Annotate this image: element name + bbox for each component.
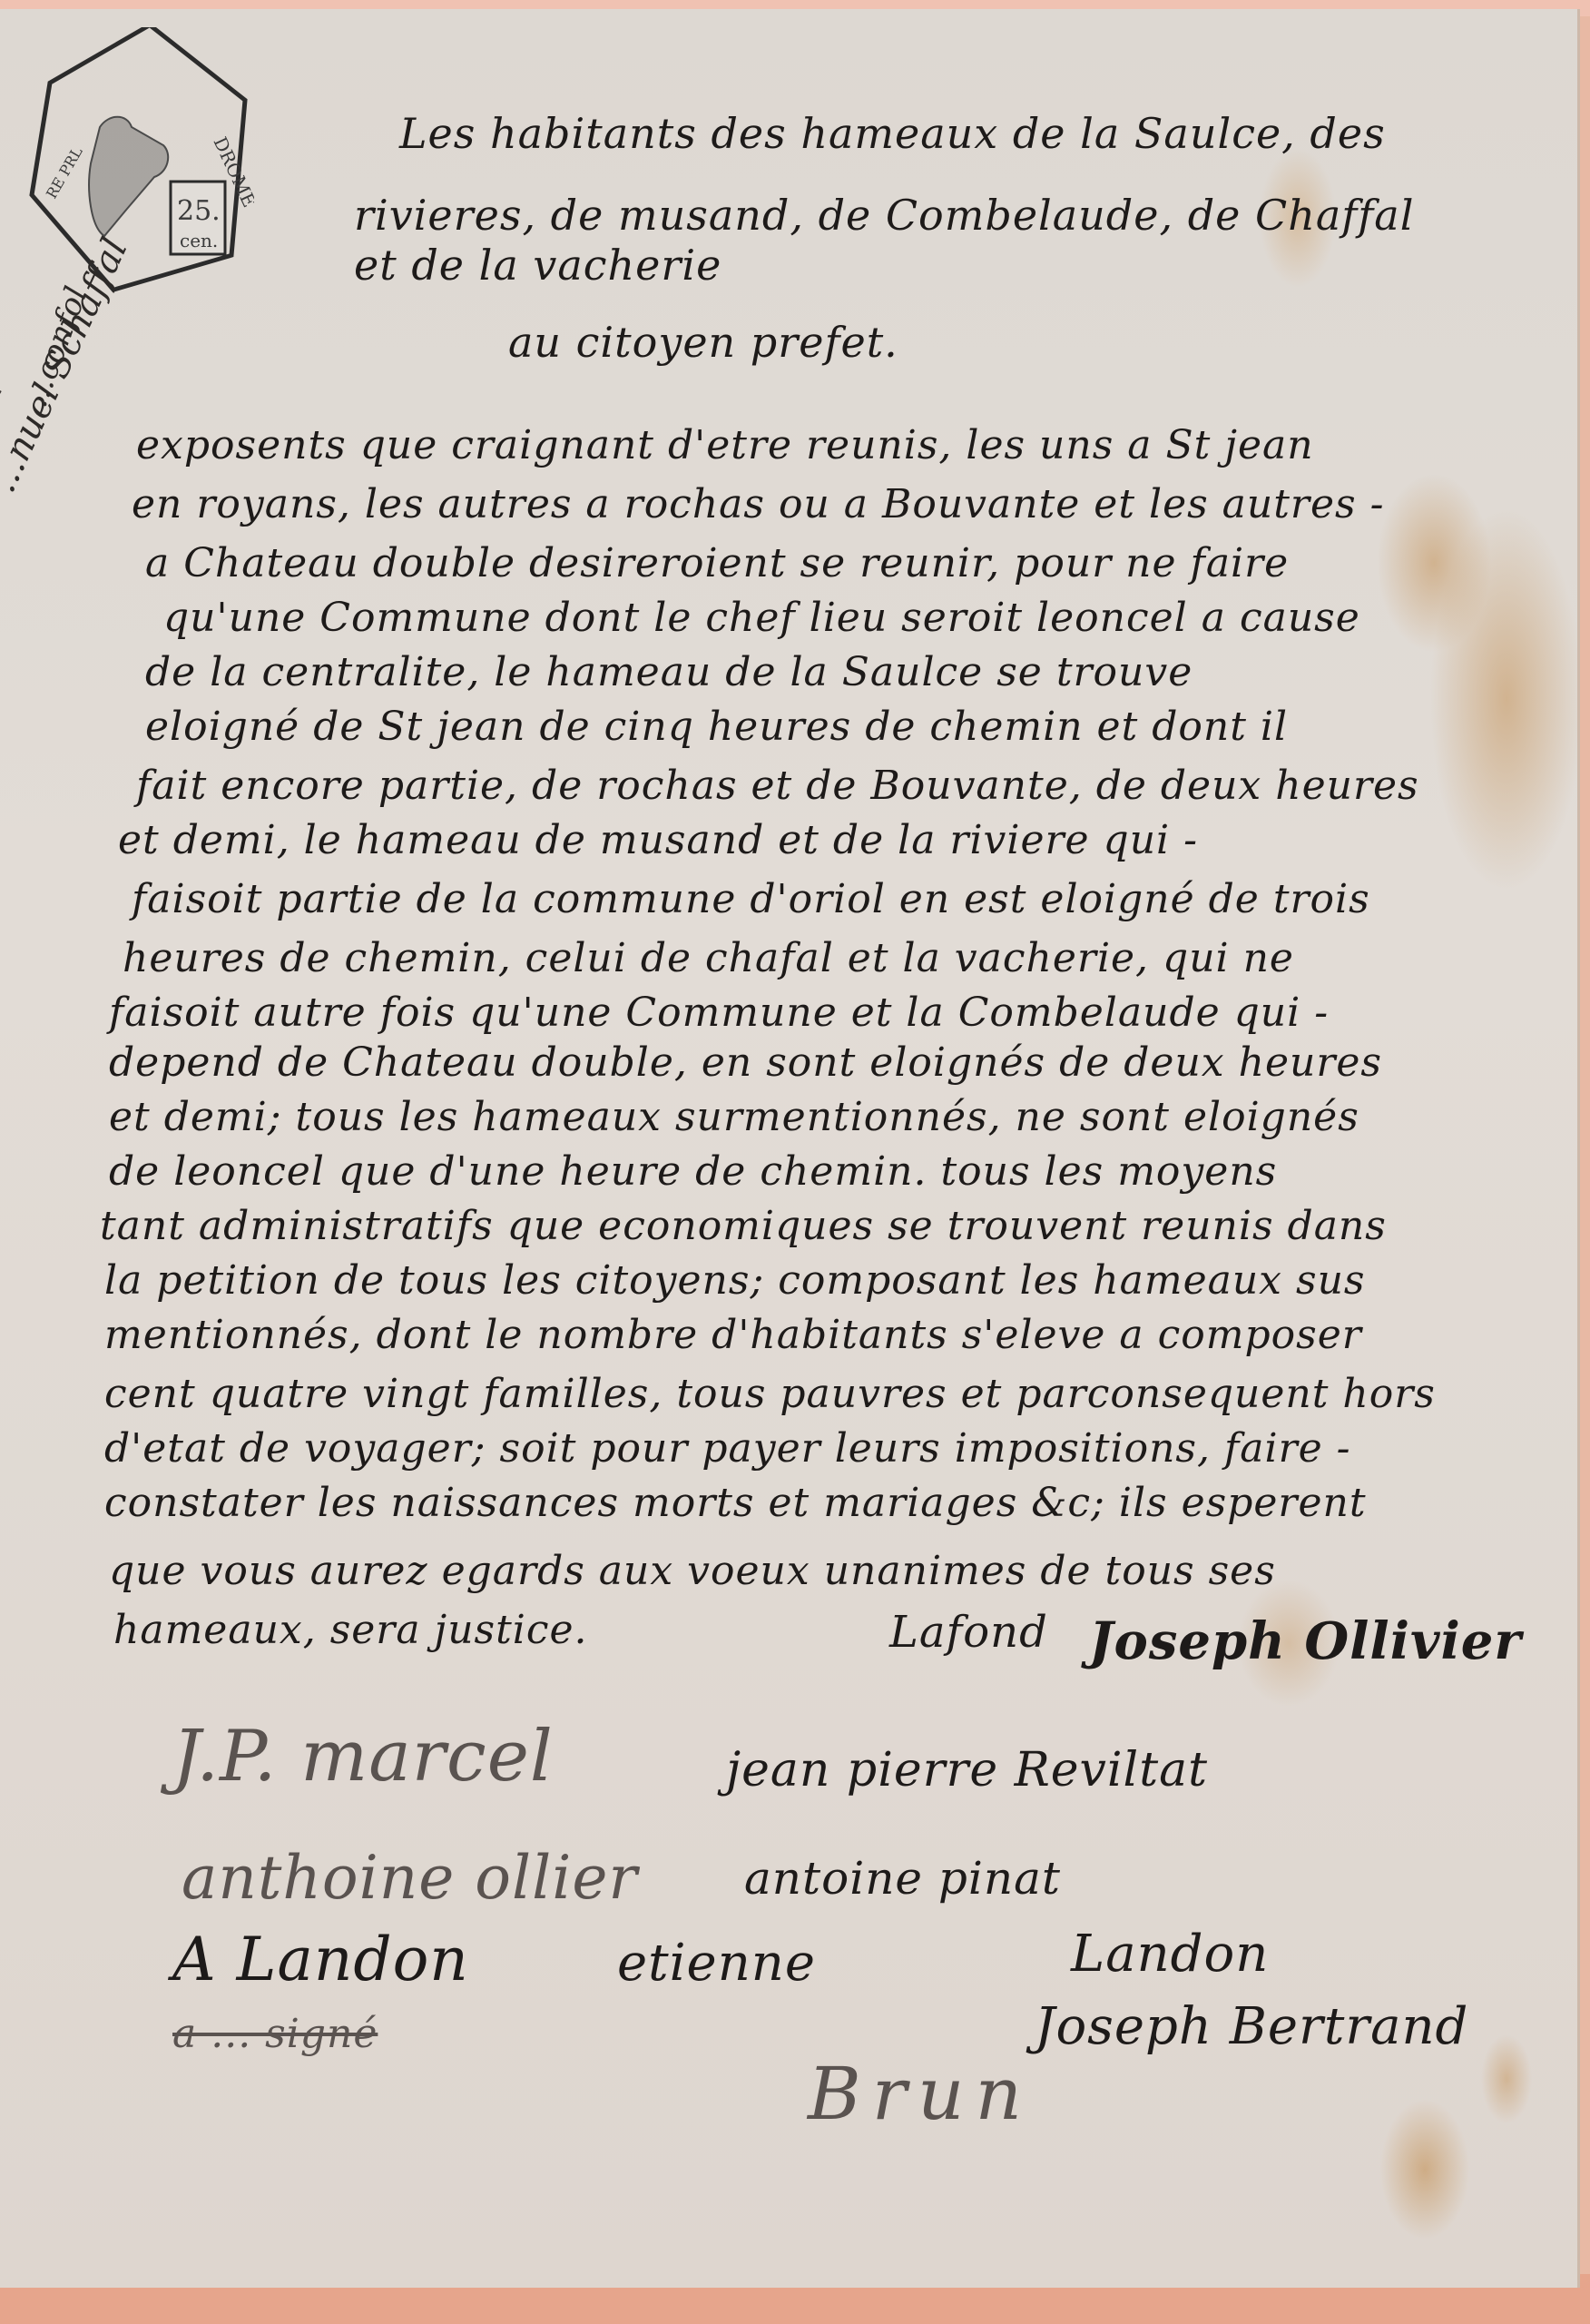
signature-struck-out: a ... signé (172, 2011, 378, 2057)
signature-lafond: Lafond (889, 1607, 1048, 1658)
body-line: que vous aurez egards aux voeux unanimes… (109, 1548, 1276, 1594)
body-line: hameaux, sera justice. (113, 1607, 588, 1653)
stamp-unit: cen. (180, 230, 218, 251)
body-line: de la centralite, le hameau de la Saulce… (145, 649, 1192, 695)
body-line: fait encore partie, de rochas et de Bouv… (136, 763, 1419, 809)
body-line: de leoncel que d'une heure de chemin. to… (109, 1148, 1277, 1195)
stamp-arc-left: RE PRL (43, 143, 86, 202)
hexagonal-stamp-icon: 25. cen. DROME RE PRL (18, 27, 254, 300)
signature-landon: Landon (1071, 1925, 1269, 1984)
body-line: et demi, le hameau de musand et de la ri… (118, 817, 1198, 863)
body-line: la petition de tous les citoyens; compos… (104, 1257, 1365, 1304)
signature-etienne: etienne (617, 1934, 816, 1993)
signature-jp-marcel: J.P. marcel (172, 1716, 554, 1797)
signature-joseph-ollivier: Joseph Ollivier (1089, 1611, 1522, 1671)
header-line-2: rivieres, de musand, de Combelaude, de C… (354, 191, 1414, 240)
signature-jean-pierre: jean pierre Reviltat (726, 1743, 1208, 1797)
body-line: a Chateau double desireroient se reunir,… (145, 540, 1289, 586)
body-line: faisoit partie de la commune d'oriol en … (132, 876, 1370, 922)
document-page: 25. cen. DROME RE PRL ...confol ...nuel … (0, 9, 1580, 2288)
body-line: mentionnés, dont le nombre d'habitants s… (104, 1312, 1362, 1358)
signature-joseph-bertrand: Joseph Bertrand (1035, 1997, 1468, 2056)
body-line: eloigné de St jean de cinq heures de che… (145, 704, 1288, 750)
body-line: qu'une Commune dont le chef lieu seroit … (163, 595, 1360, 641)
header-line-3: et de la vacherie (354, 241, 721, 290)
body-line: heures de chemin, celui de chafal et la … (123, 935, 1294, 981)
signature-a-landon: A Landon (172, 1925, 469, 1994)
signature-anthoine-ollier: anthoine ollier (182, 1843, 638, 1913)
body-line: d'etat de voyager; soit pour payer leurs… (104, 1425, 1351, 1472)
body-line: tant administratifs que economiques se t… (100, 1203, 1387, 1249)
header-line-1: Les habitants des hameaux de la Saulce, … (399, 109, 1386, 158)
signature-brun: Brun (808, 2052, 1033, 2136)
body-line: exposents que craignant d'etre reunis, l… (136, 422, 1314, 468)
stamp-value: 25. (177, 195, 221, 227)
body-line: faisoit autre fois qu'une Commune et la … (109, 990, 1329, 1036)
body-line: constater les naissances morts et mariag… (104, 1480, 1367, 1526)
body-line: depend de Chateau double, en sont eloign… (109, 1039, 1382, 1086)
addressee: au citoyen prefet. (508, 318, 898, 367)
tax-stamp: 25. cen. DROME RE PRL (18, 27, 254, 300)
body-line: cent quatre vingt familles, tous pauvres… (104, 1371, 1436, 1417)
body-line: en royans, les autres a rochas ou a Bouv… (132, 481, 1384, 527)
signature-antoine-pinat: antoine pinat (744, 1852, 1061, 1905)
body-line: et demi; tous les hameaux surmentionnés,… (109, 1094, 1359, 1140)
